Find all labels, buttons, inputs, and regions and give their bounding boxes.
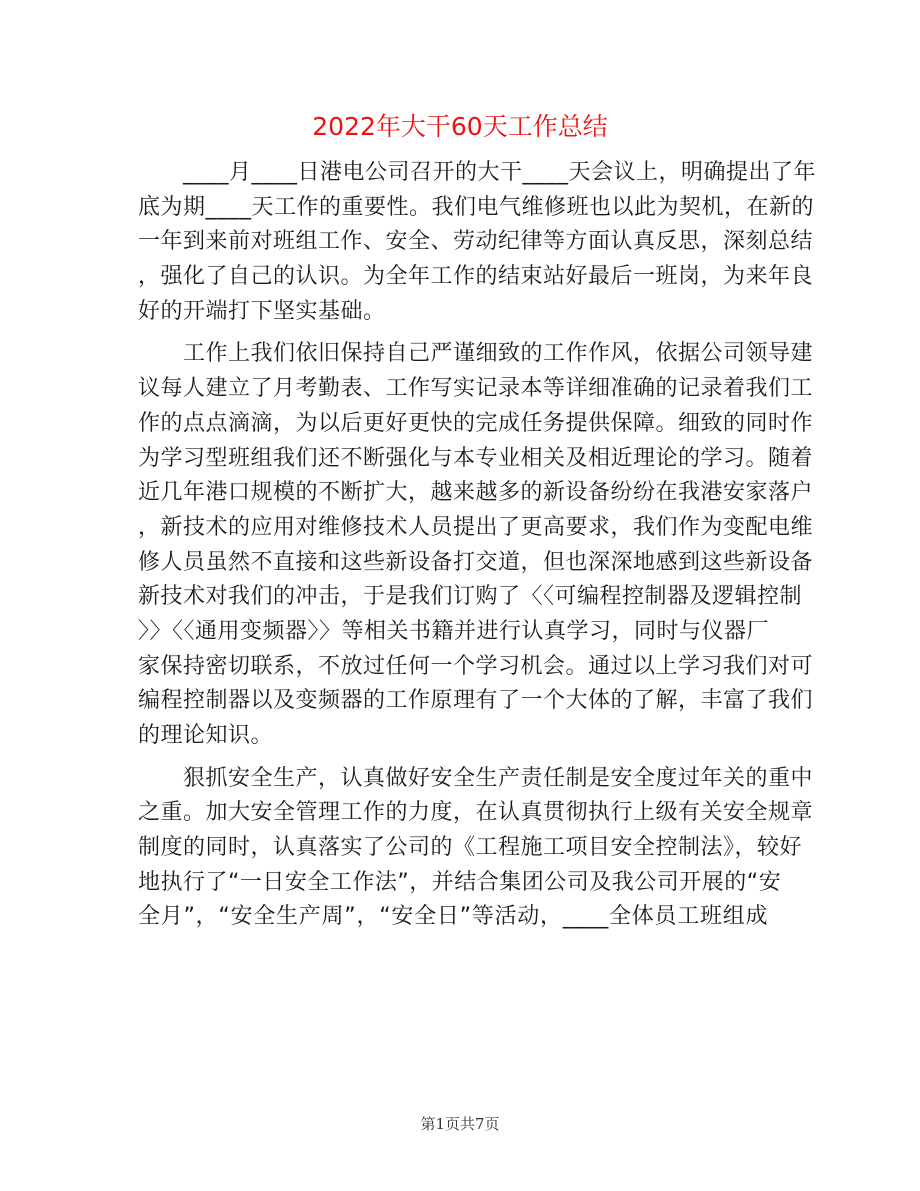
text-line: 全月”，“安全生产周”，“安全日”等活动，____全体员工班组成: [138, 900, 768, 935]
text-line: ____月____日港电公司召开的大干____天会议上，明确提出了年: [138, 156, 768, 191]
text-line: 修人员虽然不直接和这些新设备打交道，但也深深地感到这些新设备: [138, 546, 768, 581]
text-line: 好的开端打下坚实基础。: [138, 295, 768, 330]
text-line: 狠抓安全生产，认真做好安全生产责任制是安全度过年关的重中: [138, 762, 768, 797]
text-line: 新技术对我们的冲击，于是我们订购了〈〈可编程控制器及逻辑控制: [138, 580, 768, 615]
paragraph-2: 工作上我们依旧保持自己严谨细致的工作作风，依据公司领导建 议每人建立了月考勤表、…: [138, 337, 768, 753]
text-line: 之重。加大安全管理工作的力度，在认真贯彻执行上级有关安全规章: [138, 796, 768, 831]
document-title: 2022年大干60天工作总结: [0, 110, 920, 144]
document-body: ____月____日港电公司召开的大干____天会议上，明确提出了年 底为期__…: [138, 156, 768, 935]
text-line: 家保持密切联系，不放过任何一个学习机会。通过以上学习我们对可: [138, 650, 768, 685]
paragraph-gap: [138, 754, 768, 762]
text-line: 工作上我们依旧保持自己严谨细致的工作作风，依据公司领导建: [138, 337, 768, 372]
text-line: 作的点点滴滴，为以后更好更快的完成任务提供保障。细致的同时作: [138, 407, 768, 442]
text-line: 为学习型班组我们还不断强化与本专业相关及相近理论的学习。随着: [138, 442, 768, 477]
text-line: 的理论知识。: [138, 719, 768, 754]
text-line: ，新技术的应用对维修技术人员提出了更高要求，我们作为变配电维: [138, 511, 768, 546]
text-line: 编程控制器以及变频器的工作原理有了一个大体的了解，丰富了我们: [138, 684, 768, 719]
text-line: 一年到来前对班组工作、安全、劳动纪律等方面认真反思，深刻总结: [138, 225, 768, 260]
paragraph-1: ____月____日港电公司召开的大干____天会议上，明确提出了年 底为期__…: [138, 156, 768, 329]
text-line: 制度的同时，认真落实了公司的《工程施工项目安全控制法》，较好: [138, 831, 768, 866]
text-line: 〉〉〈〈通用变频器〉〉等相关书籍并进行认真学习，同时与仪器厂: [138, 615, 768, 650]
text-line: 底为期____天工作的重要性。我们电气维修班也以此为契机，在新的: [138, 191, 768, 226]
paragraph-3: 狠抓安全生产，认真做好安全生产责任制是安全度过年关的重中 之重。加大安全管理工作…: [138, 762, 768, 935]
text-line: 近几年港口规模的不断扩大，越来越多的新设备纷纷在我港安家落户: [138, 476, 768, 511]
text-line: 地执行了“一日安全工作法”，并结合集团公司及我公司开展的“安: [138, 866, 768, 901]
document-page: 2022年大干60天工作总结 ____月____日港电公司召开的大干____天会…: [0, 0, 920, 1191]
text-line: 议每人建立了月考勤表、工作写实记录本等详细准确的记录着我们工: [138, 372, 768, 407]
page-number-footer: 第1页共7页: [0, 1114, 920, 1134]
text-line: ，强化了自己的认识。为全年工作的结束站好最后一班岗，为来年良: [138, 260, 768, 295]
paragraph-gap: [138, 329, 768, 337]
